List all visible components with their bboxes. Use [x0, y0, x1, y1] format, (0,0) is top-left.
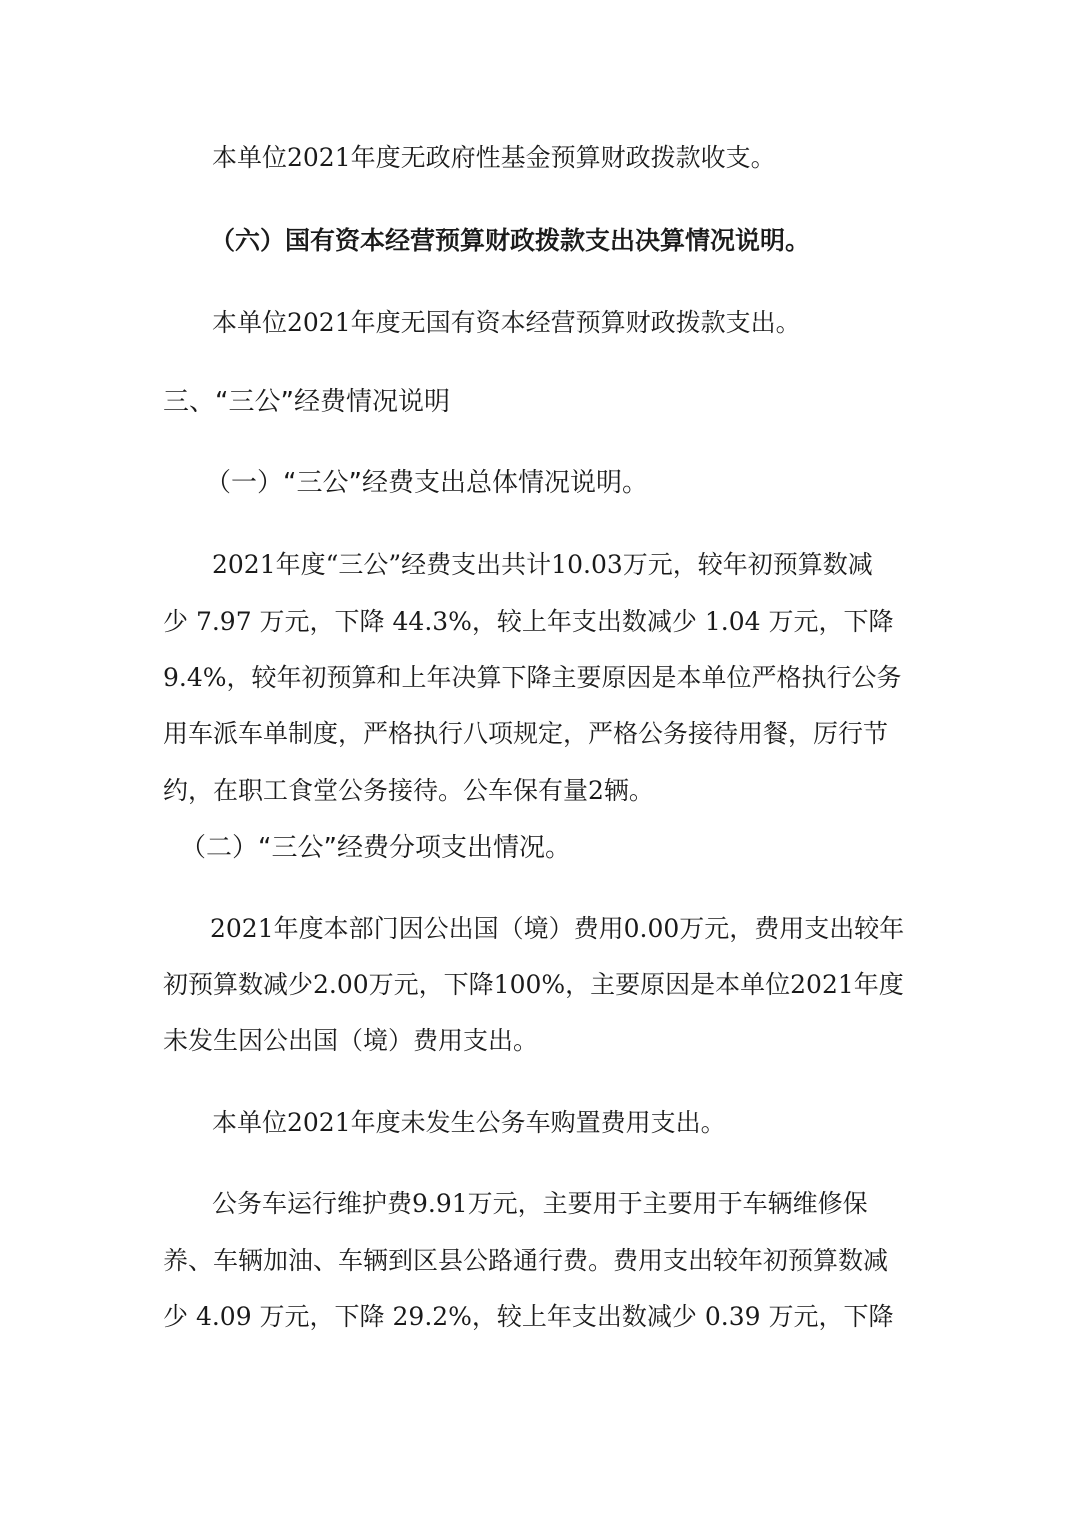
paragraph-overseas-line: 2021年度本部门因公出国（境）费用0.00万元，费用支出较年: [210, 913, 904, 945]
paragraph-vehicle-maintenance-line: 公务车运行维护费9.91万元，主要用于主要用于车辆维修保: [212, 1188, 868, 1220]
paragraph-overall-line: 9.4%，较年初预算和上年决算下降主要原因是本单位严格执行公务: [163, 662, 902, 694]
paragraph-overall-line: 用车派车单制度，严格执行八项规定，严格公务接待用餐，厉行节: [163, 718, 888, 750]
paragraph-no-state-capital: 本单位2021年度无国有资本经营预算财政拨款支出。: [212, 307, 801, 339]
paragraph-overall-line: 少 7.97 万元，下降 44.3%，较上年支出数减少 1.04 万元，下降: [163, 606, 893, 638]
paragraph-no-gov-fund: 本单位2021年度无政府性基金预算财政拨款收支。: [212, 142, 776, 174]
section-heading-three-public: 三、“三公”经费情况说明: [163, 386, 450, 418]
paragraph-overall-line: 2021年度“三公”经费支出共计10.03万元，较年初预算数减: [212, 549, 873, 581]
paragraph-vehicle-maintenance-line: 养、车辆加油、车辆到区县公路通行费。费用支出较年初预算数减: [163, 1245, 888, 1277]
paragraph-overseas-line: 初预算数减少2.00万元，下降100%，主要原因是本单位2021年度: [163, 969, 904, 1001]
heading-state-capital: （六）国有资本经营预算财政拨款支出决算情况说明。: [210, 225, 810, 257]
paragraph-vehicle-purchase: 本单位2021年度未发生公务车购置费用支出。: [212, 1107, 726, 1139]
paragraph-overseas-line: 未发生因公出国（境）费用支出。: [163, 1025, 538, 1057]
subheading-overall: （一）“三公”经费支出总体情况说明。: [205, 467, 648, 499]
paragraph-overall-line: 约，在职工食堂公务接待。公车保有量2辆。: [163, 775, 654, 807]
subheading-itemized: （二）“三公”经费分项支出情况。: [180, 832, 571, 864]
paragraph-vehicle-maintenance-line: 少 4.09 万元，下降 29.2%，较上年支出数减少 0.39 万元，下降: [163, 1301, 893, 1333]
